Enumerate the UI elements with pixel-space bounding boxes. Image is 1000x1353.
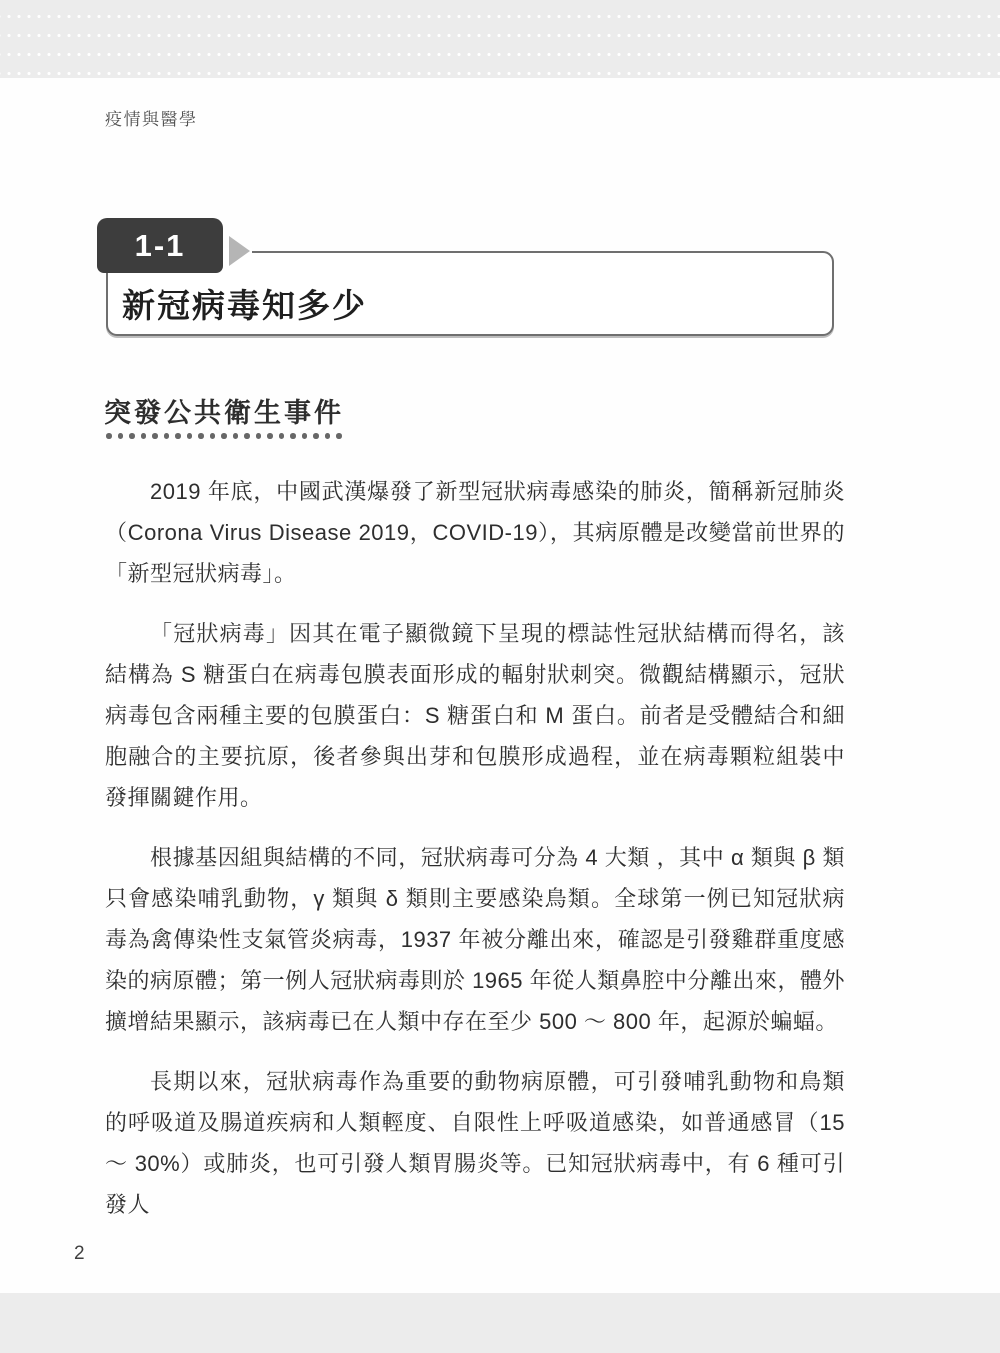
dot [187, 433, 193, 439]
page-number: 2 [74, 1243, 85, 1265]
dot [106, 433, 112, 439]
book-page: 疫情與醫學 1-1 新冠病毒知多少 突發公共衛生事件 2019 年底，中國武漢爆… [0, 0, 1000, 1353]
dot [210, 433, 216, 439]
dot [244, 433, 250, 439]
section-heading: 突發公共衛生事件 [104, 391, 344, 430]
arrow-right-icon [229, 236, 250, 266]
dot [175, 433, 181, 439]
dot [129, 433, 135, 439]
chapter-title: 新冠病毒知多少 [122, 280, 367, 327]
dot [141, 433, 147, 439]
paragraph: 2019 年底，中國武漢爆發了新型冠狀病毒感染的肺炎，簡稱新冠肺炎（Corona… [105, 471, 845, 594]
bottom-decorative-band [0, 1293, 1000, 1353]
running-head: 疫情與醫學 [105, 105, 198, 130]
dot [313, 433, 319, 439]
dot [267, 433, 273, 439]
dot [256, 433, 262, 439]
dot [118, 433, 124, 439]
dot [290, 433, 296, 439]
dot [152, 433, 158, 439]
top-decorative-band [0, 0, 1000, 78]
dot [336, 433, 342, 439]
dot [164, 433, 170, 439]
dot [325, 433, 331, 439]
dot [233, 433, 239, 439]
dot [198, 433, 204, 439]
paragraph: 「冠狀病毒」因其在電子顯微鏡下呈現的標誌性冠狀結構而得名，該結構為 S 糖蛋白在… [105, 613, 845, 818]
dot [221, 433, 227, 439]
heading-dots [106, 433, 342, 439]
dot [279, 433, 285, 439]
body-text: 2019 年底，中國武漢爆發了新型冠狀病毒感染的肺炎，簡稱新冠肺炎（Corona… [105, 471, 845, 1244]
paragraph: 根據基因組與結構的不同，冠狀病毒可分為 4 大類 ，其中 α 類與 β 類只會感… [105, 837, 845, 1042]
chapter-number-badge: 1-1 [97, 218, 223, 273]
chapter-title-block: 1-1 新冠病毒知多少 [0, 218, 1000, 348]
dot [302, 433, 308, 439]
paragraph: 長期以來，冠狀病毒作為重要的動物病原體，可引發哺乳動物和鳥類的呼吸道及腸道疾病和… [105, 1061, 845, 1225]
